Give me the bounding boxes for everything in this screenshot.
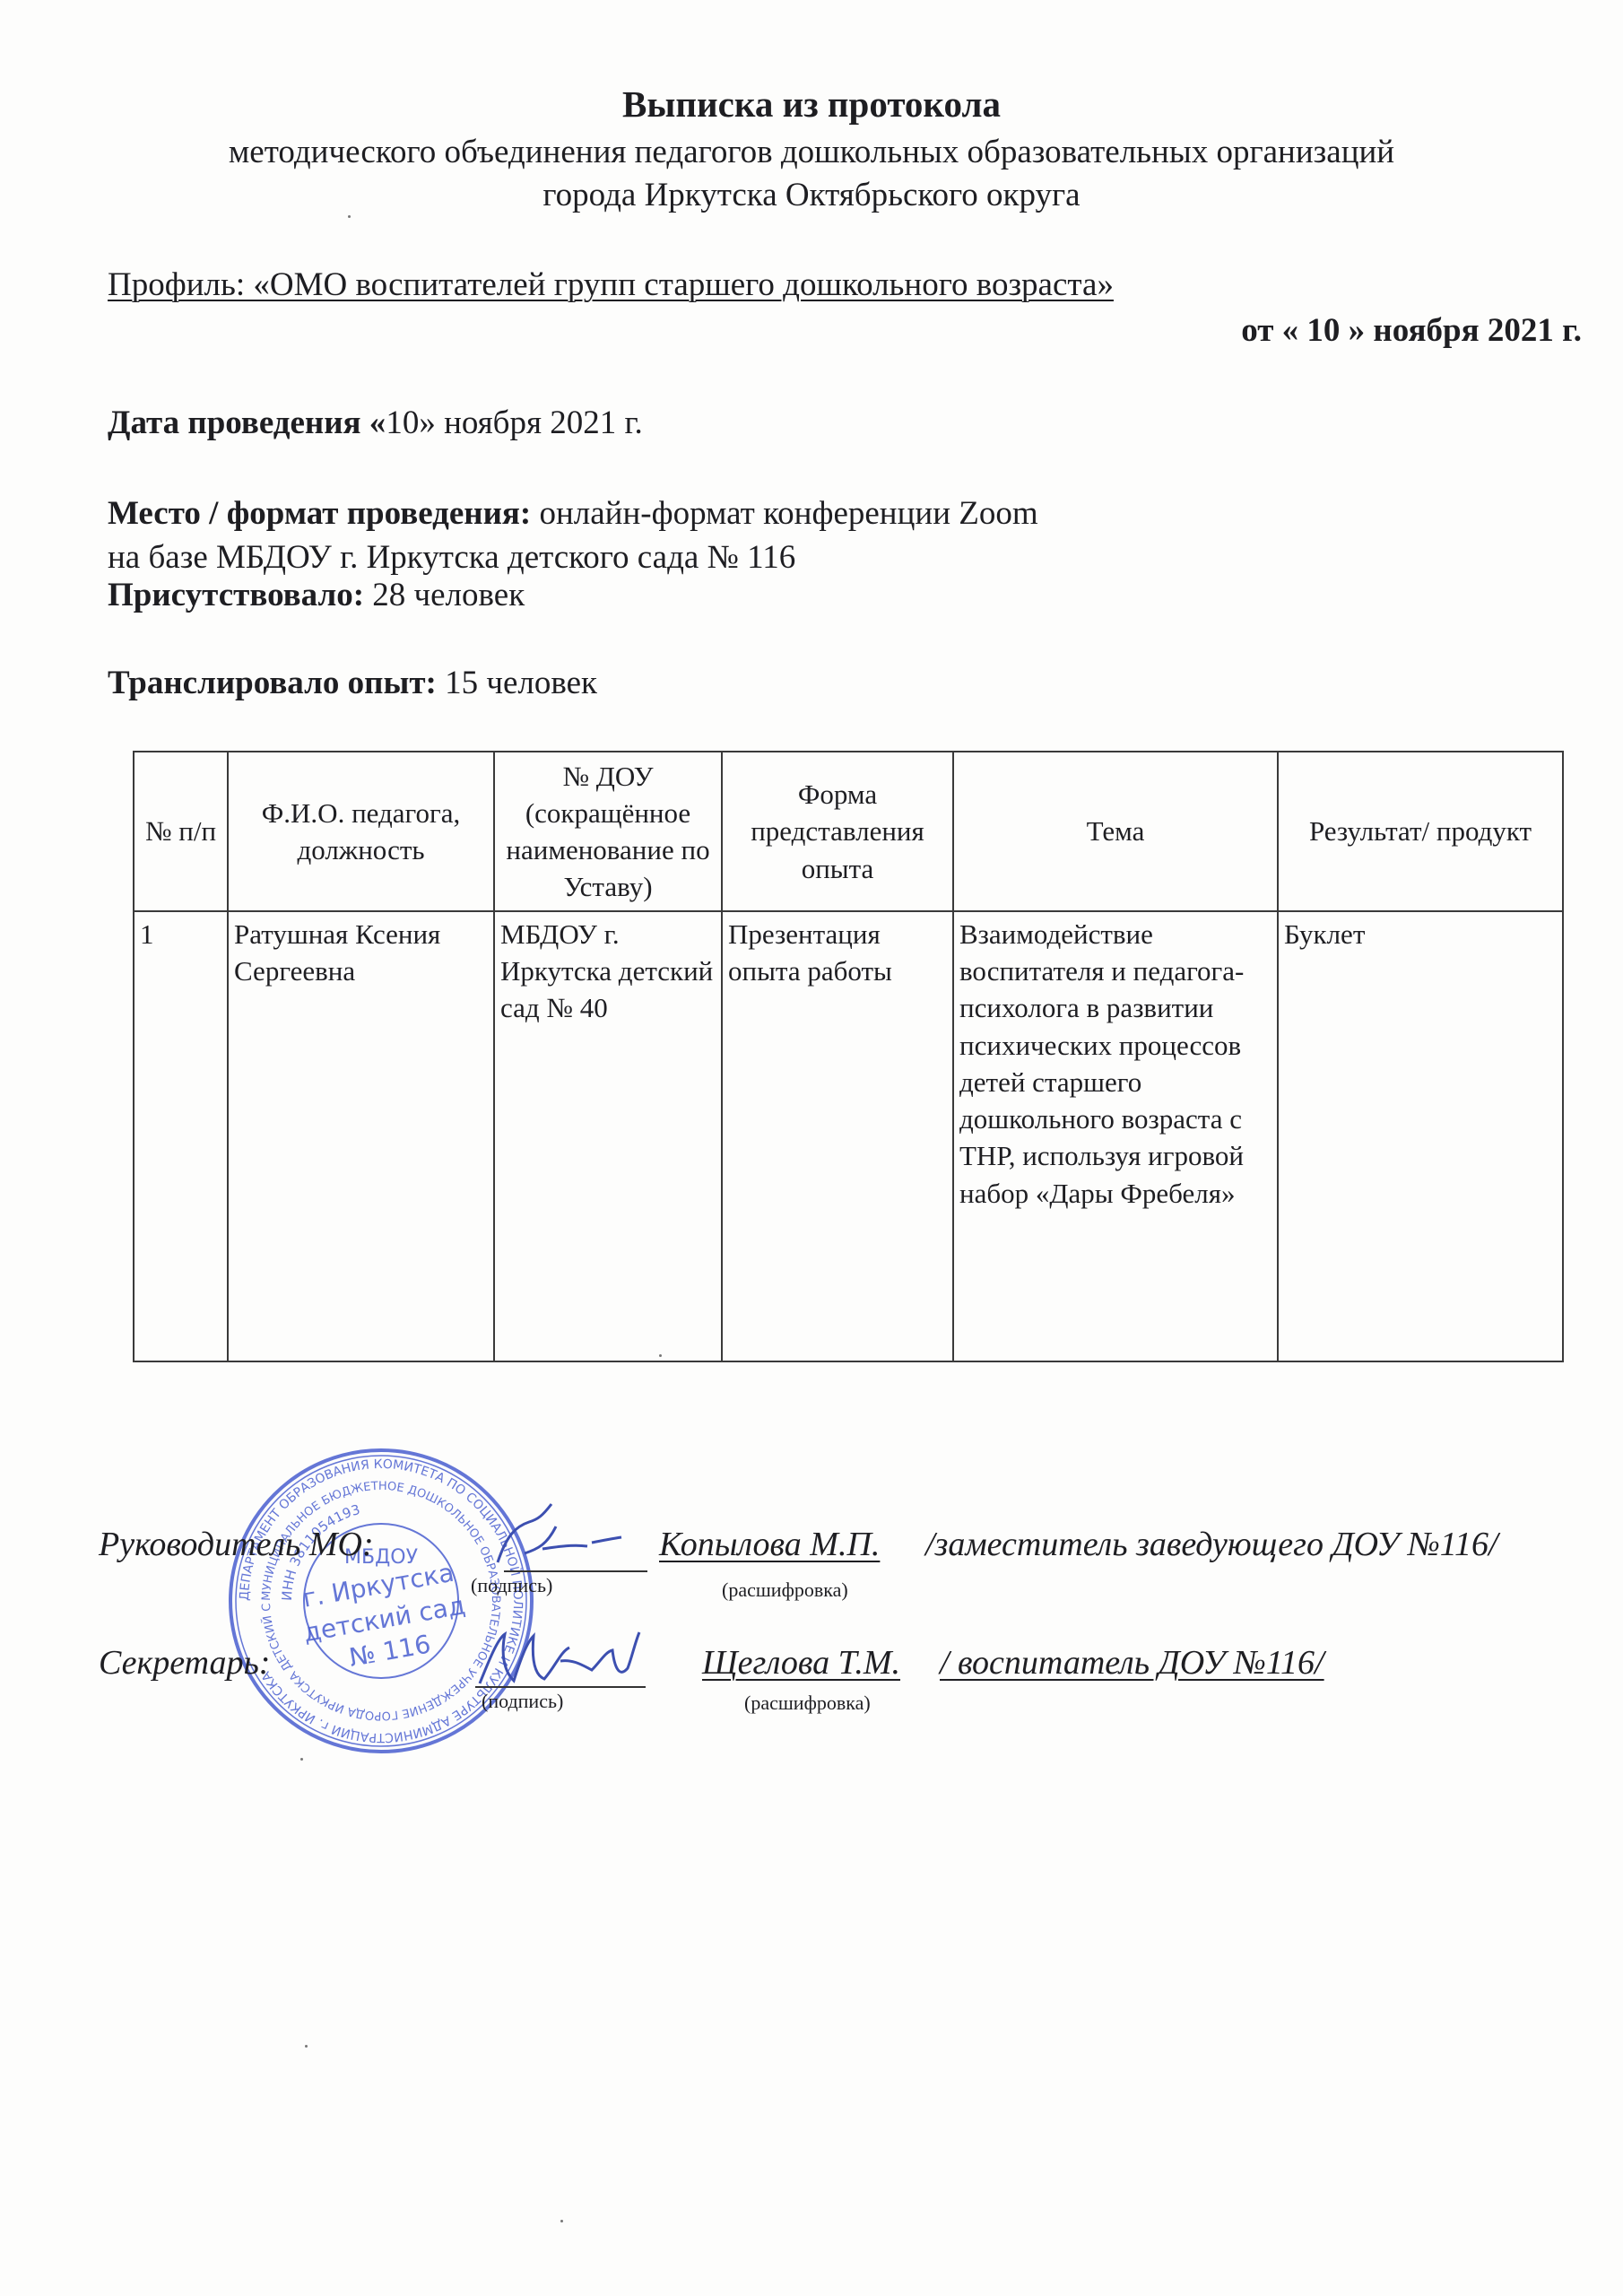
cell-dou: МБДОУ г. Иркутска детский сад № 40: [494, 911, 722, 1361]
experience-shared-value: 15 человек: [437, 665, 597, 701]
meeting-place-value: онлайн-формат конференции Zoom: [531, 495, 1037, 532]
experience-shared: Транслировало опыт: 15 человек: [108, 664, 597, 702]
secretary-role-label: Секретарь:: [99, 1643, 270, 1683]
column-header-form: Форма представления опыта: [722, 752, 953, 911]
protocol-date: от « 10 » ноября 2021 г.: [1241, 311, 1582, 350]
column-header-topic: Тема: [953, 752, 1278, 911]
attendance: Присутствовало: 28 человек: [108, 576, 525, 614]
column-header-name: Ф.И.О. педагога, должность: [228, 752, 494, 911]
participants-table: № п/п Ф.И.О. педагога, должность № ДОУ (…: [133, 751, 1564, 1362]
cell-topic: Взаимодействие воспитателя и педагога-пс…: [953, 911, 1278, 1361]
head-role-label: Руководитель МО:: [99, 1525, 374, 1564]
cell-result: Буклет: [1278, 911, 1563, 1361]
document-subtitle-line1: методического объединения педагогов дошк…: [0, 133, 1623, 171]
secretary-name-caption: (расшифровка): [744, 1692, 871, 1715]
meeting-place-label: Место / формат проведения:: [108, 495, 531, 532]
meeting-place-line2: на базе МБДОУ г. Иркутска детского сада …: [108, 538, 795, 577]
head-name: Копылова М.П.: [659, 1525, 880, 1564]
table-row: 1 Ратушная Ксения Сергеевна МБДОУ г. Ирк…: [134, 911, 1563, 1361]
cell-name: Ратушная Ксения Сергеевна: [228, 911, 494, 1361]
head-position: /заместитель заведующего ДОУ №116/: [925, 1525, 1498, 1564]
profile-line: Профиль: «ОМО воспитателей групп старшег…: [108, 265, 1114, 304]
cell-number: 1: [134, 911, 228, 1361]
document-title: Выписка из протокола: [0, 83, 1623, 126]
meeting-date-value: 10» ноября 2021 г.: [386, 404, 642, 441]
secretary-position: / воспитатель ДОУ №116/: [940, 1643, 1324, 1683]
attendance-label: Присутствовало:: [108, 577, 364, 613]
column-header-dou: № ДОУ (сокращённое наименование по Устав…: [494, 752, 722, 911]
scan-speck: [300, 1758, 303, 1761]
meeting-date: Дата проведения «10» ноября 2021 г.: [108, 404, 643, 442]
column-header-result: Результат/ продукт: [1278, 752, 1563, 911]
scan-speck: [305, 2045, 308, 2048]
experience-shared-label: Транслировало опыт:: [108, 665, 437, 701]
meeting-date-label: Дата проведения «: [108, 404, 386, 441]
cell-form: Презентация опыта работы: [722, 911, 953, 1361]
secretary-signature-line: [475, 1686, 646, 1688]
meeting-place: Место / формат проведения: онлайн-формат…: [108, 494, 1038, 533]
scan-speck: [560, 2220, 563, 2222]
head-signature-caption: (подпись): [471, 1574, 552, 1597]
document-subtitle-line2: города Иркутска Октябрьского округа: [0, 176, 1623, 214]
scan-speck: [659, 1354, 662, 1357]
table-header-row: № п/п Ф.И.О. педагога, должность № ДОУ (…: [134, 752, 1563, 911]
head-name-caption: (расшифровка): [722, 1578, 848, 1602]
secretary-signature-caption: (подпись): [482, 1690, 563, 1713]
secretary-name: Щеглова Т.М.: [702, 1643, 900, 1683]
scan-speck: [348, 215, 351, 218]
official-stamp: ДЕПАРТАМЕНТ ОБРАЗОВАНИЯ КОМИТЕТА ПО СОЦИ…: [220, 1439, 542, 1762]
attendance-value: 28 человек: [364, 577, 525, 613]
column-header-number: № п/п: [134, 752, 228, 911]
head-signature-line: [504, 1570, 647, 1572]
